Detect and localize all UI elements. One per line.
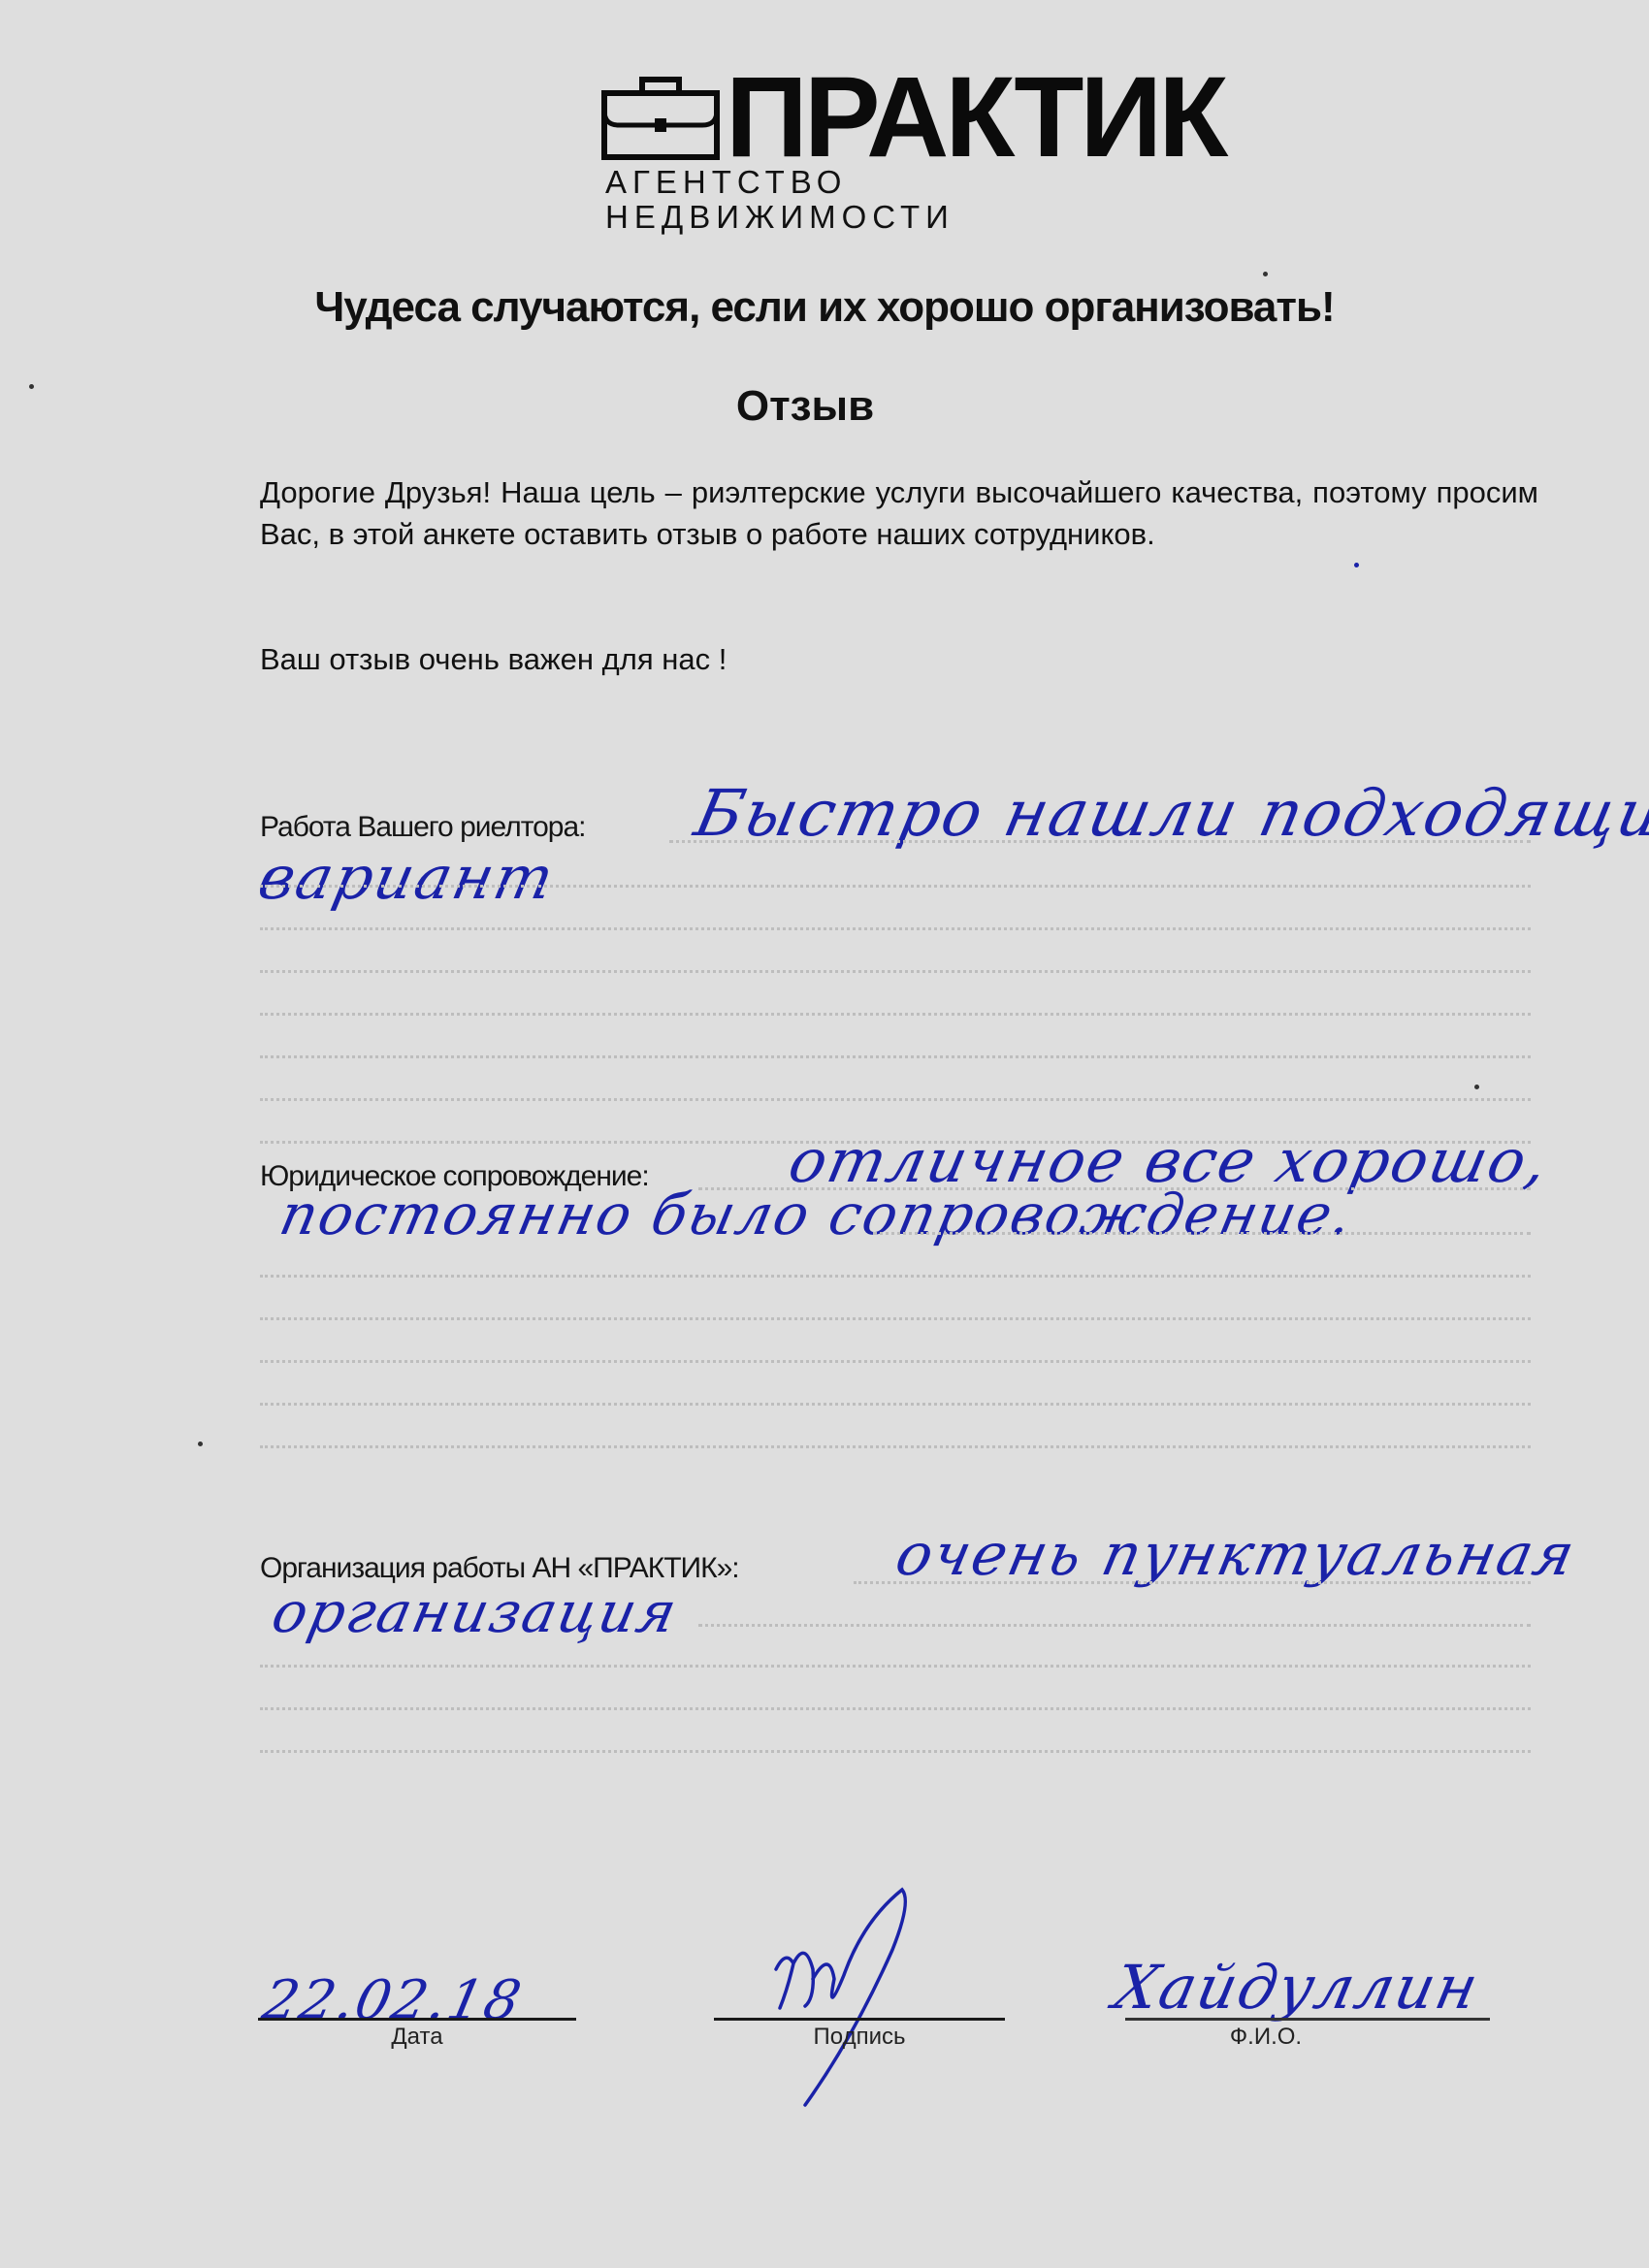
legal-support-answer-line2[interactable]: постоянно было сопровождение. bbox=[275, 1182, 1360, 1247]
answer-line bbox=[260, 927, 1531, 930]
scan-speck bbox=[1354, 563, 1359, 567]
answer-line bbox=[260, 1665, 1531, 1668]
date-line bbox=[258, 2018, 576, 2021]
slogan: Чудеса случаются, если их хорошо организ… bbox=[0, 283, 1649, 332]
full-name-label: Ф.И.О. bbox=[1125, 2024, 1406, 2051]
intro-text: Дорогие Друзья! Наша цель – риэлтерские … bbox=[260, 471, 1538, 555]
full-name-value[interactable]: Хайдуллин bbox=[1108, 1952, 1486, 2023]
realtor-work-label: Работа Вашего риелтора: bbox=[260, 811, 586, 844]
answer-line bbox=[698, 1624, 1531, 1627]
answer-line bbox=[260, 1098, 1531, 1101]
answer-line bbox=[854, 1581, 1531, 1584]
page-title: Отзыв bbox=[0, 382, 1630, 431]
scan-speck bbox=[29, 384, 34, 389]
signature-label: Подпись bbox=[714, 2024, 1005, 2051]
date-label: Дата bbox=[258, 2024, 576, 2051]
answer-line bbox=[260, 885, 1531, 888]
answer-line bbox=[260, 1445, 1531, 1448]
agency-logo: ПРАКТИК АГЕНТСТВО НЕДВИЖИМОСТИ bbox=[601, 64, 1203, 200]
answer-line bbox=[260, 1275, 1531, 1278]
signature-mark[interactable] bbox=[737, 1882, 931, 2115]
logo-subtitle: АГЕНТСТВО НЕДВИЖИМОСТИ bbox=[605, 165, 1203, 235]
answer-line bbox=[260, 1013, 1531, 1016]
scan-speck bbox=[1263, 272, 1268, 276]
answer-line bbox=[260, 1055, 1531, 1058]
answer-line bbox=[260, 1360, 1531, 1363]
agency-organization-answer-line1[interactable]: очень пунктуальная bbox=[890, 1521, 1582, 1589]
answer-line bbox=[260, 1317, 1531, 1320]
important-note: Ваш отзыв очень важен для нас ! bbox=[260, 642, 727, 677]
full-name-line bbox=[1125, 2018, 1490, 2021]
agency-organization-answer-line2[interactable]: организация bbox=[267, 1579, 684, 1645]
answer-line bbox=[873, 1232, 1531, 1235]
answer-line bbox=[669, 840, 1531, 843]
answer-line bbox=[698, 1187, 1531, 1190]
briefcase-icon bbox=[601, 72, 720, 161]
scan-speck bbox=[1474, 1085, 1479, 1089]
signature-line bbox=[714, 2018, 1005, 2021]
logo-name: ПРАКТИК bbox=[726, 64, 1224, 171]
answer-line bbox=[260, 1750, 1531, 1753]
scan-speck bbox=[198, 1442, 203, 1446]
answer-line bbox=[260, 970, 1531, 973]
answer-line bbox=[260, 1403, 1531, 1406]
realtor-work-answer-line2[interactable]: вариант bbox=[252, 842, 562, 913]
answer-line bbox=[260, 1707, 1531, 1710]
